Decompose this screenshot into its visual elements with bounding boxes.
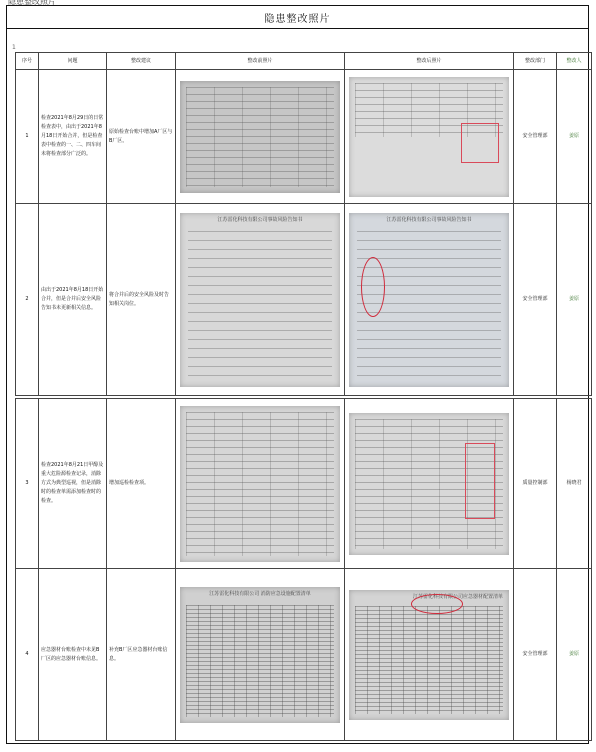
highlight-box (461, 123, 499, 163)
after-photo-cell (345, 70, 514, 204)
row-person: 杨晓君 (557, 399, 592, 569)
row-index: 1 (16, 70, 39, 204)
before-photo-image: 江苏雷化科技有限公司事故风险告知书 (180, 213, 340, 387)
table-header-row: 序号 问题 整改建议 整改前照片 整改后照片 整改部门 整改人 (16, 53, 592, 70)
row-person: 姜原 (557, 70, 592, 204)
row-suggestion: 原始检查台账中增加A厂区与B厂区。 (107, 70, 176, 204)
before-photo-cell: 江苏雷化科技有限公司 消防应急设施配置清单 (176, 569, 345, 741)
before-photo-image (180, 81, 340, 193)
after-photo-image: 江苏雷化科技有限公司应急器材配置清单 (349, 590, 509, 720)
after-photo-image: 江苏雷化科技有限公司事故风险告知书 (349, 213, 509, 387)
row-problem: 检查2021年8月21日甲醇及重大危险源检查记录，消除方式为典型巡视，但是消除时… (39, 399, 107, 569)
row-suggestion: 补充B厂区应急器材台账信息。 (107, 569, 176, 741)
header-index: 序号 (16, 53, 39, 70)
after-photo-cell: 江苏雷化科技有限公司事故风险告知书 (345, 204, 514, 396)
rectification-table-part-1: 序号 问题 整改建议 整改前照片 整改后照片 整改部门 整改人 1 检查2021… (15, 52, 592, 396)
rectification-table-part-2: 3 检查2021年8月21日甲醇及重大危险源检查记录，消除方式为典型巡视，但是消… (15, 398, 592, 741)
after-photo-image (349, 77, 509, 197)
before-photo-cell (176, 399, 345, 569)
before-photo-image: 江苏雷化科技有限公司 消防应急设施配置清单 (180, 587, 340, 723)
row-department: 质量控制部 (514, 399, 557, 569)
paragraph-marker: 1 (12, 44, 16, 51)
row-department: 安全管理部 (514, 569, 557, 741)
header-problem: 问题 (39, 53, 107, 70)
row-problem: 检查2021年8月29日的日常检查表中，由出于2021年8月18日开始合并，但是… (39, 70, 107, 204)
table-row: 3 检查2021年8月21日甲醇及重大危险源检查记录，消除方式为典型巡视，但是消… (16, 399, 592, 569)
row-index: 3 (16, 399, 39, 569)
row-person: 姜原 (557, 569, 592, 741)
after-photo-cell (345, 399, 514, 569)
photo-document-title: 江苏雷化科技有限公司事故风险告知书 (349, 216, 509, 225)
highlight-ellipse (361, 257, 385, 317)
photo-document-title: 江苏雷化科技有限公司 消防应急设施配置清单 (180, 590, 340, 599)
photo-document-title: 江苏雷化科技有限公司事故风险告知书 (180, 216, 340, 225)
after-photo-image (349, 413, 509, 555)
row-suggestion: 将合并后的安全风险及时告知相关岗位。 (107, 204, 176, 396)
table-row: 1 检查2021年8月29日的日常检查表中，由出于2021年8月18日开始合并，… (16, 70, 592, 204)
header-suggestion: 整改建议 (107, 53, 176, 70)
before-photo-cell (176, 70, 345, 204)
header-after-photo: 整改后照片 (345, 53, 514, 70)
row-suggestion: 增加巡检检查项。 (107, 399, 176, 569)
header-department: 整改部门 (514, 53, 557, 70)
row-index: 4 (16, 569, 39, 741)
header-person: 整改人 (557, 53, 592, 70)
header-before-photo: 整改前照片 (176, 53, 345, 70)
after-photo-cell: 江苏雷化科技有限公司应急器材配置清单 (345, 569, 514, 741)
before-photo-cell: 江苏雷化科技有限公司事故风险告知书 (176, 204, 345, 396)
page-title: 隐患整改照片 (7, 6, 588, 29)
row-index: 2 (16, 204, 39, 396)
highlight-box (465, 443, 495, 519)
row-person: 姜原 (557, 204, 592, 396)
row-department: 安全管理部 (514, 70, 557, 204)
before-photo-image (180, 406, 340, 562)
table-row: 2 由出于2021年8月18日开始合并，但是合并后安全风险告知书未更新相关信息。… (16, 204, 592, 396)
table-row: 4 应急器材台账检查中未见B厂区的应急器材台账信息。 补充B厂区应急器材台账信息… (16, 569, 592, 741)
row-problem: 由出于2021年8月18日开始合并，但是合并后安全风险告知书未更新相关信息。 (39, 204, 107, 396)
highlight-ellipse (411, 594, 463, 614)
row-department: 安全管理部 (514, 204, 557, 396)
row-problem: 应急器材台账检查中未见B厂区的应急器材台账信息。 (39, 569, 107, 741)
